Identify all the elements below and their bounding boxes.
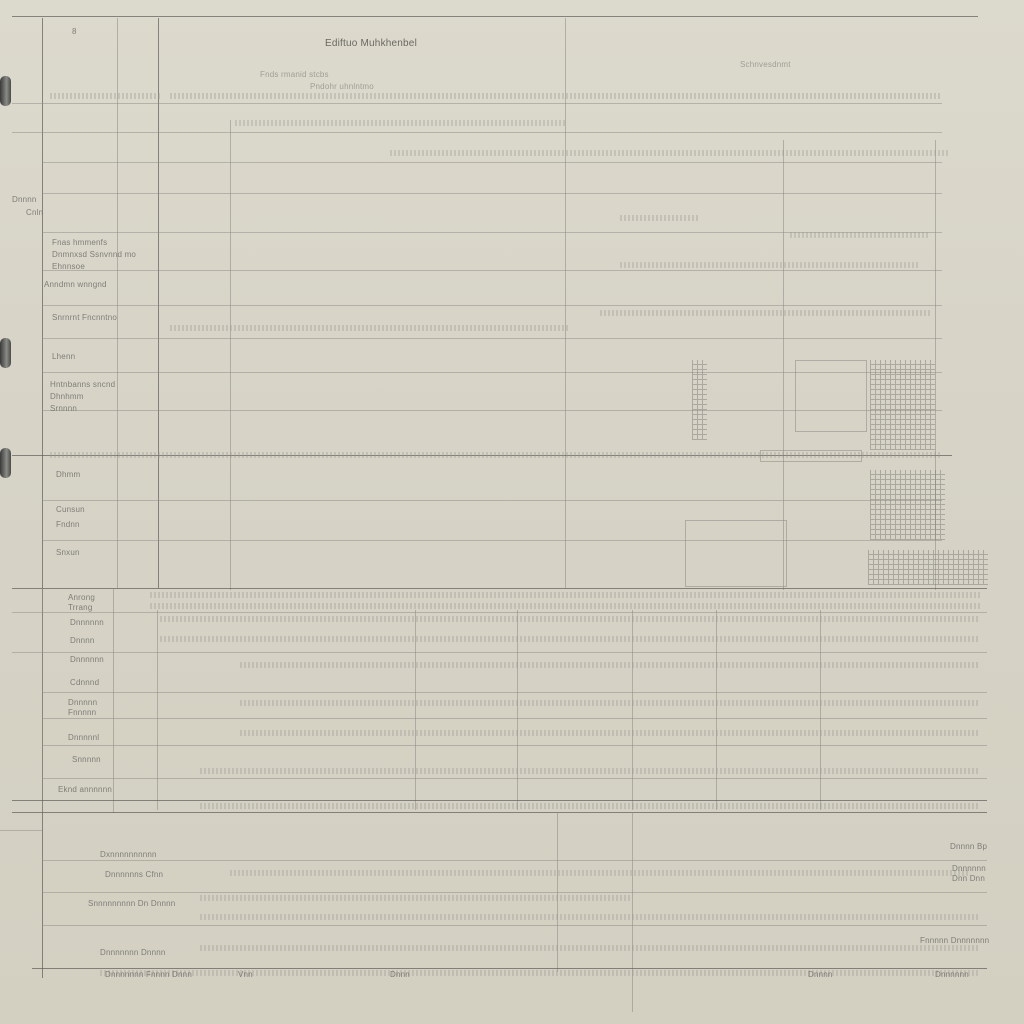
- row-label: Cunsun: [56, 505, 85, 514]
- binder-ring-top: [0, 76, 11, 106]
- row-label: Srnnnn: [50, 404, 77, 413]
- binder-ring-middle: [0, 338, 11, 368]
- illegible-text: [160, 616, 980, 622]
- illegible-text: [150, 603, 980, 609]
- column-rule: [113, 588, 114, 813]
- illegible-text: [170, 325, 570, 331]
- row-label: Cnln: [26, 208, 43, 217]
- illegible-text: [230, 870, 970, 876]
- section-label: Dxnnnnnnnnnn: [100, 850, 157, 859]
- bottom-border: [32, 968, 987, 969]
- illegible-text: [200, 768, 980, 774]
- header-text: Fnds rmanid stcbs: [260, 70, 329, 79]
- section-rule: [12, 800, 987, 801]
- illegible-text: [240, 730, 980, 736]
- illegible-text: [600, 310, 930, 316]
- row-label: Dhnhmm: [50, 392, 84, 401]
- footer-cell: Dnnn: [390, 970, 410, 979]
- page-marker: 8: [72, 27, 77, 36]
- row-label: Fndnn: [56, 520, 80, 529]
- row-rule: [42, 892, 987, 893]
- form-box: [795, 360, 867, 432]
- margin-note: Fnnnnn Dnnnnnnn: [920, 936, 989, 945]
- table-label: Dnnnnnn: [70, 655, 104, 664]
- table-label: Dnnnnnn: [70, 618, 104, 627]
- row-rule: [42, 540, 942, 541]
- row-label: Hntnbanns sncnd: [50, 380, 115, 389]
- row-rule: [42, 162, 942, 163]
- illegible-text: [235, 120, 565, 126]
- dense-grid-block: [870, 360, 935, 450]
- table-label: Dnnnnnl: [68, 733, 99, 742]
- row-label: Dnmnxsd Ssnvnnd mo: [52, 250, 136, 259]
- form-box: [685, 520, 787, 587]
- table-label: Dnnnnn: [68, 698, 97, 707]
- row-label: Fnas hmmenfs: [52, 238, 107, 247]
- row-rule: [42, 270, 942, 271]
- margin-note: Dnn Dnn: [952, 874, 985, 883]
- section-label: Dnnnnnns Cfnn: [105, 870, 163, 879]
- row-rule: [42, 860, 987, 861]
- footer-cell: Dnnnnnn: [935, 970, 969, 979]
- illegible-text: [620, 262, 920, 268]
- row-rule: [12, 612, 987, 613]
- margin-note: Dnnnnnn: [952, 864, 986, 873]
- illegible-text: [200, 914, 980, 920]
- row-label: Ehnnsoe: [52, 262, 85, 271]
- table-label: Dnnnn: [70, 636, 95, 645]
- row-rule: [42, 778, 987, 779]
- header-text: Pndohr uhnlntmo: [310, 82, 374, 91]
- illegible-text: [50, 452, 940, 458]
- row-rule: [42, 305, 942, 306]
- row-rule: [42, 718, 987, 719]
- table-label: Eknd annnnnn: [58, 785, 112, 794]
- illegible-text: [240, 662, 980, 668]
- dense-grid-block: [692, 360, 707, 440]
- table-label: Cdnnnd: [70, 678, 99, 687]
- row-rule: [42, 500, 942, 501]
- section-label: Dnnnnnnn Dnnnn: [100, 948, 166, 957]
- illegible-text: [150, 592, 980, 598]
- row-rule: [12, 652, 987, 653]
- illegible-text: [390, 150, 950, 156]
- illegible-text: [200, 803, 980, 809]
- section-label: Snnnnnnnnn Dn Dnnnn: [88, 899, 175, 908]
- top-border: [12, 16, 978, 17]
- document-page: Ediftuo Muhkhenbel 8 Fnds rmanid stcbs P…: [0, 0, 1024, 1024]
- row-rule: [42, 338, 942, 339]
- margin-note: Dnnnn Bp: [950, 842, 987, 851]
- illegible-text: [160, 636, 980, 642]
- row-label: Dnnnn: [12, 195, 37, 204]
- dense-grid-block: [870, 470, 945, 540]
- footer-cell: Vnn: [238, 970, 253, 979]
- illegible-text: [620, 215, 700, 221]
- table-label: Anrong: [68, 593, 95, 602]
- illegible-text: [100, 970, 980, 976]
- row-label: Snrnrnt Fncnntno: [52, 313, 117, 322]
- row-rule: [42, 193, 942, 194]
- column-rule: [157, 610, 158, 810]
- footer-cell: Dnnnn: [808, 970, 833, 979]
- row-rule: [42, 692, 987, 693]
- illegible-text: [50, 93, 160, 99]
- illegible-text: [200, 945, 980, 951]
- row-rule: [12, 103, 942, 104]
- section-rule: [12, 812, 987, 813]
- row-rule: [0, 830, 42, 831]
- table-label: Snnnnn: [72, 755, 101, 764]
- dense-grid-block: [868, 550, 988, 585]
- row-rule: [42, 925, 987, 926]
- document-title: Ediftuo Muhkhenbel: [325, 38, 417, 49]
- footer-cell: Dnnnnnnn Fnnnn Dnnn: [105, 970, 192, 979]
- row-label: Snxun: [56, 548, 80, 557]
- table-label: Trrang: [68, 603, 92, 612]
- illegible-text: [240, 700, 980, 706]
- table-label: Fnnnnn: [68, 708, 96, 717]
- column-rule: [632, 812, 633, 1012]
- row-label: Dhmm: [56, 470, 80, 479]
- column-rule: [230, 120, 231, 590]
- row-label: Anndmn wnngnd: [44, 280, 107, 289]
- column-rule: [42, 588, 43, 813]
- illegible-text: [200, 895, 630, 901]
- row-rule: [12, 132, 942, 133]
- section-rule: [12, 588, 987, 589]
- row-label: Lhenn: [52, 352, 75, 361]
- illegible-text: [170, 93, 940, 99]
- binder-ring-bottom: [0, 448, 11, 478]
- row-rule: [42, 745, 987, 746]
- header-text: Schnvesdnmt: [740, 60, 791, 69]
- illegible-text: [790, 232, 930, 238]
